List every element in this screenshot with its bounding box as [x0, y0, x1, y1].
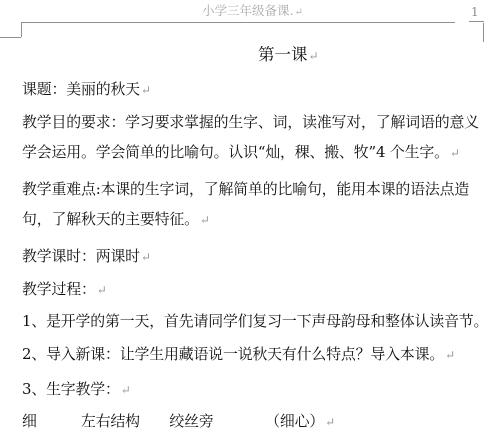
body-line-text: 3、生字教学：	[22, 380, 120, 398]
page-number-underline	[469, 21, 484, 22]
paragraph-mark: ↵	[445, 348, 455, 362]
crop-mark-left-vertical	[21, 22, 22, 37]
lesson-heading: 第一课↵	[258, 41, 319, 70]
paragraph-mark: ↵	[200, 213, 210, 227]
body-line: 课题：美丽的秋天↵	[22, 74, 488, 104]
paragraph-mark: ↵	[141, 83, 151, 97]
header-underline-rule	[21, 22, 455, 23]
body-line-text: 句，了解秋天的主要特征。	[22, 210, 199, 228]
header-title-text: 小学三年级备课.	[202, 3, 293, 18]
document-page[interactable]: 小学三年级备课.↵ 1 第一课↵ 课题：美丽的秋天↵教学目的要求：学习要求掌握的…	[0, 0, 490, 446]
paragraph-mark: ↵	[325, 415, 335, 429]
body-line-text: 教学课时：两课时	[22, 247, 140, 265]
body-line: 学会运用。学会简单的比喻句。认识“灿，稞、搬、牧”4 个生字。↵	[22, 137, 488, 167]
paragraph: 课题：美丽的秋天↵	[22, 74, 488, 104]
paragraph: 教学过程：↵	[22, 274, 488, 304]
body-line-text: 教学重难点:本课的生字词，了解简单的比喻句，能用本课的语法点造	[22, 180, 469, 198]
paragraph-mark: ↵	[121, 383, 131, 397]
paragraph-mark: ↵	[141, 250, 151, 264]
body-line: 教学重难点:本课的生字词，了解简单的比喻句，能用本课的语法点造	[22, 174, 488, 204]
paragraph: 2、导入新课：让学生用藏语说一说秋天有什么特点？导入本课。↵	[22, 339, 488, 369]
body-line-text: 教学过程：	[22, 280, 96, 298]
body-line-text: 学会运用。学会简单的比喻句。认识“灿，稞、搬、牧”4 个生字。	[22, 143, 449, 161]
paragraph-mark: ↵	[309, 49, 319, 63]
paragraph-mark: ↵	[97, 283, 107, 297]
page-number: 1	[471, 5, 479, 20]
paragraph: 教学目的要求：学习要求掌握的生字、词，读准写对，了解词语的意义学会运用。学会简单…	[22, 107, 488, 167]
body-line: 2、导入新课：让学生用藏语说一说秋天有什么特点？导入本课。↵	[22, 339, 488, 369]
body-line: 教学目的要求：学习要求掌握的生字、词，读准写对，了解词语的意义	[22, 107, 488, 137]
body-line-text: 教学目的要求：学习要求掌握的生字、词，读准写对，了解词语的意义	[22, 113, 479, 131]
crop-mark-left-horizontal	[0, 37, 21, 38]
paragraph: 1、是开学的第一天，首先请同学们复习一下声母韵母和整体认读音节。↵	[22, 306, 488, 336]
lesson-heading-text: 第一课	[258, 45, 308, 64]
paragraph: 教学课时：两课时↵	[22, 241, 488, 271]
crop-mark-right-vertical	[483, 23, 484, 42]
paragraph: 教学重难点:本课的生字词，了解简单的比喻句，能用本课的语法点造句，了解秋天的主要…	[22, 174, 488, 234]
body-line-text: 2、导入新课：让学生用藏语说一说秋天有什么特点？导入本课。	[22, 345, 444, 363]
paragraph-mark: ↵	[294, 7, 302, 18]
paragraph: 细 左右结构 绞丝旁 （细心）↵	[22, 406, 488, 436]
paragraph: 3、生字教学：↵	[22, 374, 488, 404]
body-line: 句，了解秋天的主要特征。↵	[22, 204, 488, 234]
body-line-text: 课题：美丽的秋天	[22, 80, 140, 98]
body-line: 细 左右结构 绞丝旁 （细心）↵	[22, 406, 488, 436]
body-line-text: 细 左右结构 绞丝旁 （细心）	[22, 412, 324, 430]
body-line-text: 1、是开学的第一天，首先请同学们复习一下声母韵母和整体认读音节。	[22, 312, 488, 330]
body-line: 教学过程：↵	[22, 274, 488, 304]
paragraph-mark: ↵	[450, 146, 460, 160]
document-body[interactable]: 课题：美丽的秋天↵教学目的要求：学习要求掌握的生字、词，读准写对，了解词语的意义…	[22, 74, 488, 436]
body-line: 1、是开学的第一天，首先请同学们复习一下声母韵母和整体认读音节。↵	[22, 306, 488, 336]
header-title: 小学三年级备课.↵	[202, 2, 303, 21]
body-line: 3、生字教学：↵	[22, 374, 488, 404]
body-line: 教学课时：两课时↵	[22, 241, 488, 271]
